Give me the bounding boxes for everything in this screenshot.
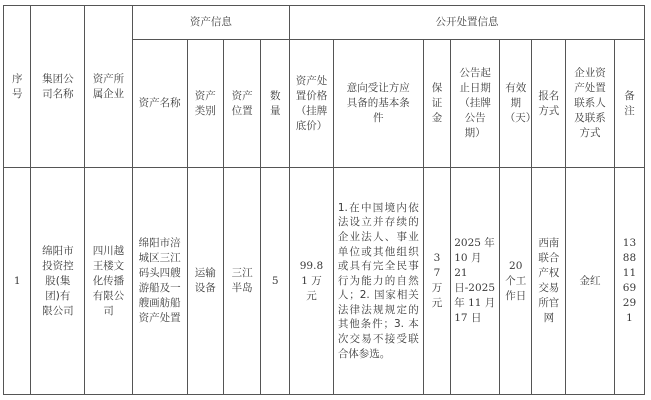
cell-asset-category: 运输设备 <box>187 168 223 395</box>
cell-buyer-conditions: 1.在中国境内依法设立并存续的企业法人、事业单位或其他组织或具有完全民事行为能力… <box>333 168 423 395</box>
header-quantity: 数量 <box>261 40 290 168</box>
header-asset-name: 资产名称 <box>132 40 187 168</box>
cell-deposit: 37 万元 <box>423 168 450 395</box>
header-remarks: 备注 <box>614 40 644 168</box>
header-contact: 企业资产处置联系人及联系方式 <box>566 40 615 168</box>
cell-validity: 20 个工作日 <box>499 168 531 395</box>
header-disposal-price: 资产处置价格（挂牌底价） <box>290 40 334 168</box>
cell-contact: 金红 <box>566 168 615 395</box>
header-seq: 序号 <box>4 6 31 168</box>
cell-disposal-price: 99.81 万元 <box>290 168 334 395</box>
header-row-group: 序号 集团公司名称 资产所属企业 资产信息 公开处置信息 <box>4 6 645 40</box>
cell-announcement-period: 2025 年 10 月 21 日-2025 年 11 月 17 日 <box>451 168 500 395</box>
header-owning-enterprise: 资产所属企业 <box>85 6 132 168</box>
cell-asset-name: 绵阳市涪城区三江码头四艘游船及一艘画舫船资产处置 <box>132 168 187 395</box>
header-group-company: 集团公司名称 <box>31 6 85 168</box>
header-disposal-info: 公开处置信息 <box>290 6 645 40</box>
header-asset-info: 资产信息 <box>132 6 289 40</box>
cell-quantity: 5 <box>261 168 290 395</box>
header-registration-method: 报名方式 <box>532 40 566 168</box>
asset-disposal-table: 序号 集团公司名称 资产所属企业 资产信息 公开处置信息 资产名称 资产类别 资… <box>3 5 645 395</box>
header-asset-location: 资产位置 <box>223 40 260 168</box>
cell-group-company: 绵阳市投资控股(集团)有限公司 <box>31 168 85 395</box>
cell-seq: 1 <box>4 168 31 395</box>
header-announcement-period: 公告起止日期（挂牌公告期） <box>451 40 500 168</box>
cell-registration-method: 西南联合产权交易所官网 <box>532 168 566 395</box>
table-row: 1 绵阳市投资控股(集团)有限公司 四川越王楼文化传播有限公司 绵阳市涪城区三江… <box>4 168 645 395</box>
header-asset-category: 资产类别 <box>187 40 223 168</box>
cell-asset-location: 三江半岛 <box>223 168 260 395</box>
header-deposit: 保证金 <box>423 40 450 168</box>
cell-remarks: 13881169291 <box>614 168 644 395</box>
header-validity: 有效期（天） <box>499 40 531 168</box>
header-buyer-conditions: 意向受让方应具备的基本条件 <box>333 40 423 168</box>
cell-owning-enterprise: 四川越王楼文化传播有限公司 <box>85 168 132 395</box>
